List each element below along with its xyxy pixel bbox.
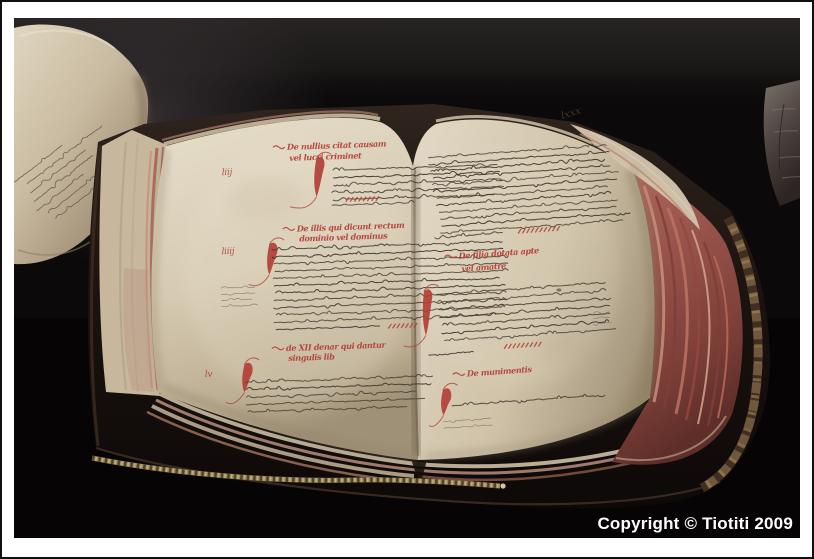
manuscript-photo-svg: De nullius citat causamvel lucri crimine… (14, 18, 800, 538)
framed-photo: De nullius citat causamvel lucri crimine… (0, 0, 814, 559)
photo: De nullius citat causamvel lucri crimine… (14, 18, 800, 538)
svg-text:liiij: liiij (221, 247, 235, 257)
svg-text:liij: liij (222, 168, 233, 178)
svg-text:singulis lib: singulis lib (288, 351, 335, 363)
svg-text:lv: lv (205, 370, 213, 380)
copyright-watermark: Copyright © Tiotiti 2009 (597, 514, 793, 534)
open-pages (151, 111, 700, 460)
